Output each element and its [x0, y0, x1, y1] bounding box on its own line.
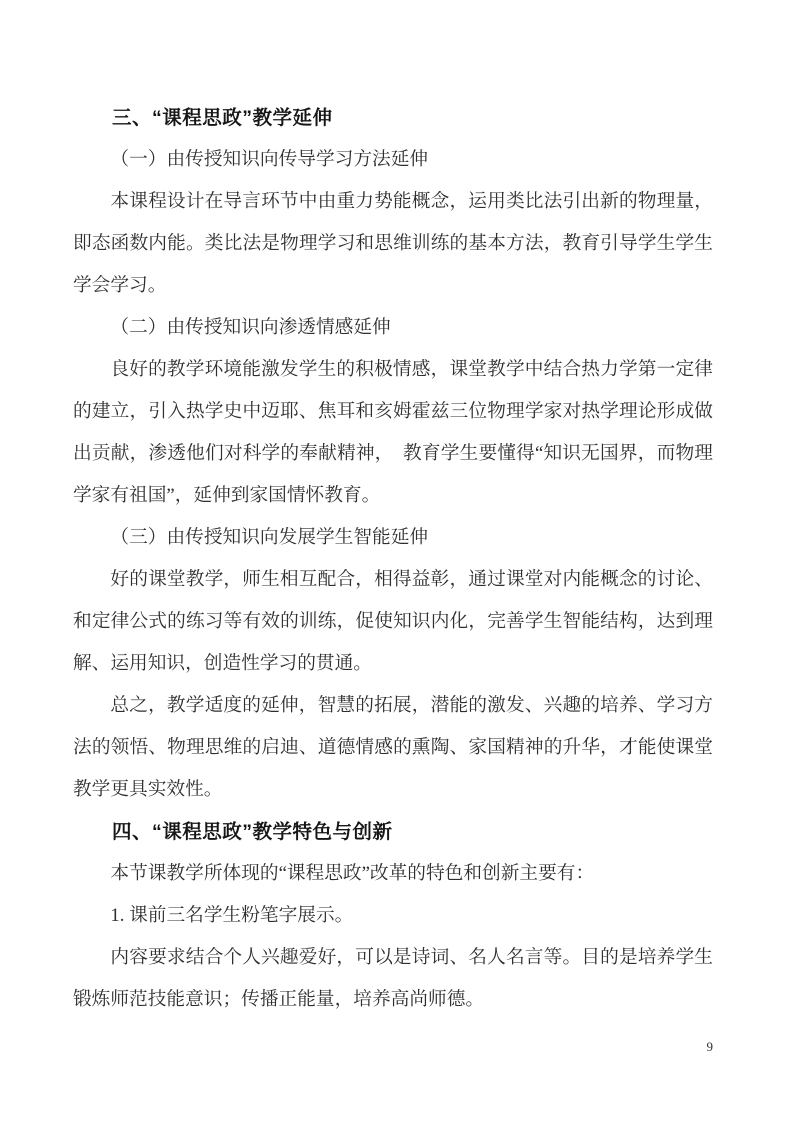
doc-heading: 四、“课程思政”教学特色与创新 — [73, 811, 713, 853]
page-footer: 9 — [73, 1036, 713, 1058]
doc-paragraph: 好的课堂教学，师生相互配合，相得益彰，通过课堂对内能概念的讨论、和定律公式的练习… — [73, 559, 713, 685]
doc-subheading: （三）由传授知识向发展学生智能延伸 — [73, 517, 713, 559]
doc-paragraph: 1. 课前三名学生粉笔字展示。 — [73, 895, 713, 937]
doc-subheading: （一）由传授知识向传导学习方法延伸 — [73, 139, 713, 181]
doc-paragraph: 本节课教学所体现的“课程思政”改革的特色和创新主要有： — [73, 853, 713, 895]
doc-paragraph: 良好的教学环境能激发学生的积极情感，课堂教学中结合热力学第一定律的建立，引入热学… — [73, 349, 713, 517]
doc-paragraph: 内容要求结合个人兴趣爱好，可以是诗词、名人名言等。目的是培养学生锻炼师范技能意识… — [73, 937, 713, 1021]
document-content: 三、“课程思政”教学延伸（一）由传授知识向传导学习方法延伸本课程设计在导言环节中… — [73, 97, 713, 1021]
page-number: 9 — [707, 1039, 714, 1054]
document-page: 三、“课程思政”教学延伸（一）由传授知识向传导学习方法延伸本课程设计在导言环节中… — [0, 0, 794, 1123]
doc-paragraph: 总之，教学适度的延伸，智慧的拓展，潜能的激发、兴趣的培养、学习方法的领悟、物理思… — [73, 685, 713, 811]
doc-paragraph: 本课程设计在导言环节中由重力势能概念，运用类比法引出新的物理量，即态函数内能。类… — [73, 181, 713, 307]
doc-subheading: （二）由传授知识向渗透情感延伸 — [73, 307, 713, 349]
doc-heading: 三、“课程思政”教学延伸 — [73, 97, 713, 139]
